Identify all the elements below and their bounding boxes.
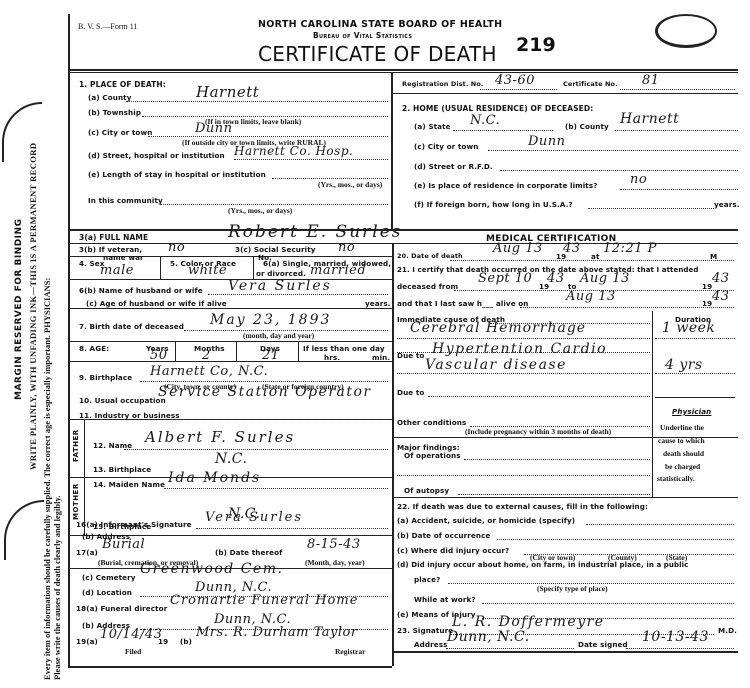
res-state-line [453, 130, 553, 131]
funeral-director-value: Cromartie Funeral Home [170, 593, 358, 608]
death-city-line [148, 136, 388, 137]
due-to-duration: 4 yrs [665, 357, 703, 373]
age-min-label: min. [372, 353, 390, 362]
informant-sig-label: 16(a) Informant's Signature [76, 520, 192, 529]
attended-from-label: deceased from [397, 282, 458, 291]
age-days-value: 21 [262, 348, 280, 363]
page-title: CERTIFICATE OF DEATH [258, 42, 497, 66]
other-conditions-note: (Include pregnancy within 3 months of de… [465, 427, 611, 436]
form-id: B. V. S.—Form 11 [78, 22, 137, 31]
spouse-age-unit: years. [365, 299, 391, 308]
date-death-year: 43 [563, 241, 581, 256]
ssn-label-1: 3(c) Social Security [235, 245, 316, 254]
death-community-note: (Yrs., mos., or days) [228, 206, 292, 215]
physician-note-4: be charged [665, 462, 700, 471]
birthplace-label: 9. Birthplace [79, 373, 132, 382]
due-to-label: Due to [397, 351, 424, 360]
death-stay-label: (e) Length of stay in hospital or instit… [88, 170, 266, 179]
place-label-1: (d) Did injury occur about home, on farm… [397, 561, 688, 569]
res-street-label: (d) Street or R.F.D. [414, 162, 493, 171]
external-heading: 22. If death was due to external causes,… [397, 502, 648, 511]
mother-side-label: MOTHER [72, 483, 80, 520]
md-label: M.D. [718, 626, 737, 635]
spouse-label: 6(b) Name of husband or wife [79, 286, 203, 295]
physician-col-divider [652, 397, 653, 497]
reg-dist-value: 43-60 [495, 73, 535, 88]
res-corporate-line [620, 189, 738, 190]
res-foreign-label: (f) If foreign born, how long in U.S.A.? [414, 200, 573, 209]
mother-maiden-value: Ida Monds [168, 470, 261, 486]
death-county-value: Harnett [196, 83, 259, 101]
age-label: 8. AGE: [79, 344, 109, 353]
attended-to-value: Aug 13 [580, 271, 630, 286]
autopsy-bottom [392, 497, 738, 498]
death-township-label: (b) Township [88, 108, 141, 117]
spouse-bottom [68, 308, 392, 309]
due-to-value-1: Hypertention Cardio [432, 341, 607, 357]
spouse-value: Vera Surles [228, 278, 332, 294]
work-line [482, 603, 734, 604]
punch-hole-bottom [4, 500, 44, 560]
death-community-label: In this community [88, 196, 163, 205]
place-of-death-heading: 1. PLACE OF DEATH: [79, 80, 166, 89]
death-stay-line [272, 178, 388, 179]
cert-no-label: Certificate No. [563, 80, 618, 88]
death-street-line [234, 159, 388, 160]
res-county-label: (b) County [565, 122, 609, 131]
res-county-line [615, 130, 738, 131]
column-divider [391, 72, 393, 230]
registrar-label: (b) [180, 637, 192, 646]
death-street-label: (d) Street, hospital or institution [88, 151, 225, 160]
column-divider-lower [392, 243, 394, 666]
reg-dist-line [480, 89, 557, 90]
attended-from-year: 43 [547, 271, 565, 286]
physician-note-5: statistically. [657, 474, 695, 483]
age-bottom [68, 361, 392, 362]
res-city-value: Dunn [528, 134, 566, 149]
death-community-line [160, 204, 388, 205]
father-name-line [124, 449, 388, 450]
accident-line [586, 524, 734, 525]
duration-line-3 [655, 397, 735, 398]
occurrence-line [497, 539, 734, 540]
last-seen-value: Aug 13 [566, 289, 616, 304]
birth-date-label: 7. Birth date of deceased [79, 322, 184, 331]
margin-binding-note: MARGIN RESERVED FOR BINDING [14, 219, 24, 400]
industry-line [176, 419, 388, 420]
age-months-value: 2 [202, 348, 211, 363]
sig-address-line [446, 648, 574, 649]
header-rule [68, 69, 738, 71]
res-corporate-label: (e) Is place of residence in corporate l… [414, 181, 597, 190]
filed-note: Filed [125, 647, 141, 656]
last-seen-label: and that I last saw h___ alive on [397, 299, 529, 308]
industry-label: 11. Industry or business [79, 411, 180, 420]
form-bottom-left [68, 666, 392, 668]
birth-date-note: (month, day and year) [243, 331, 314, 340]
full-name-value: Robert E. Surles [228, 222, 403, 242]
cemetery-value: Greenwood Cem. [140, 561, 283, 577]
registrar-value: Mrs. R. Durham Taylor [196, 625, 358, 640]
occupation-label: 10. Usual occupation [79, 396, 166, 405]
res-street-line [500, 170, 738, 171]
seal-smudge [655, 14, 717, 48]
res-state-value: N.C. [470, 113, 500, 128]
father-side-label: FATHER [72, 429, 80, 462]
header-rule-2 [68, 72, 738, 73]
last-seen-year-prefix: 19 [702, 299, 712, 308]
accident-label: (a) Accident, suicide, or homicide (spec… [397, 516, 575, 525]
immediate-cause-value: Cerebral Hemorrhage [410, 320, 586, 336]
autopsy-label: Of autopsy [404, 486, 449, 495]
cert-no-value: 81 [642, 73, 660, 88]
disposition-label: 17(a) [76, 548, 98, 557]
work-label: While at work? [414, 595, 476, 604]
place-note: (Specify type of place) [537, 584, 608, 593]
filed-label: 19(a) [76, 637, 98, 646]
margin-ink-note: WRITE PLAINLY, WITH UNFADING INK—THIS IS… [28, 143, 38, 470]
signature-label: 23. Signature [397, 626, 453, 635]
res-corporate-value: no [630, 172, 647, 187]
time-suffix: M [710, 252, 717, 261]
res-foreign-unit: years. [714, 200, 740, 209]
father-name-value: Albert F. Surles [145, 428, 295, 446]
physician-note-1: Underline the [660, 423, 704, 432]
race-divider [253, 256, 254, 279]
res-foreign-line [588, 208, 714, 209]
attended-from-value: Sept 10 [478, 271, 532, 286]
marital-label-2: or divorced. [256, 269, 306, 278]
other-conditions-label: Other conditions [397, 418, 466, 427]
date-signed-label: Date signed [578, 640, 628, 649]
physician-note-2: cause to which [658, 436, 705, 445]
filed-value: 10/14/43 [100, 627, 162, 642]
res-city-label: (c) City or town [414, 142, 478, 151]
physician-note-3: death should [663, 449, 704, 458]
cemetery-label: (c) Cemetery [82, 573, 136, 582]
age-div-2 [236, 341, 237, 361]
margin-causes-note: Please write the causes of death clearly… [52, 496, 62, 680]
full-name-label: 3(a) FULL NAME [79, 233, 148, 242]
physician-heading: Physician [672, 407, 711, 416]
burial-date-note: (Month, day, year) [305, 558, 365, 567]
reg-rule [392, 93, 738, 94]
res-state-label: (a) State [414, 122, 451, 131]
funeral-director-label: 18(a) Funeral director [76, 604, 167, 613]
time-value: 12:21 P [603, 241, 657, 256]
race-value: white [188, 263, 227, 278]
ssn-value: no [338, 240, 355, 255]
res-city-line [488, 150, 738, 151]
attended-to-year-prefix: 19 [702, 282, 712, 291]
filed-year-label: 19 [158, 637, 168, 646]
age-years-value: 50 [150, 348, 168, 363]
location-label: (d) Location [82, 588, 132, 597]
bureau-name: Bureau of Vital Statistics [313, 31, 412, 40]
signature-value: L. R. Doffermeyre [452, 614, 605, 630]
father-birthplace-label: 13. Birthplace [93, 465, 151, 474]
veteran-label-2: name war [103, 253, 144, 262]
due-to-value-2: Vascular disease [425, 357, 567, 373]
res-county-value: Harnett [620, 111, 679, 127]
sex-divider [160, 256, 161, 279]
age-hrs-label: hrs. [324, 353, 340, 362]
date-signed-line [626, 648, 734, 649]
findings-label-2: Of operations [404, 451, 461, 460]
burial-date-label: (b) Date thereof [215, 548, 282, 557]
form-bottom-right [392, 651, 738, 653]
immediate-duration: 1 week [662, 320, 715, 336]
death-city-label: (c) City or town [88, 128, 152, 137]
sig-address-label: Address [414, 640, 448, 649]
death-county-label: (a) County [88, 93, 132, 102]
death-county-line [126, 101, 388, 102]
section1-bottom [68, 229, 738, 231]
punch-hole-top [2, 102, 42, 162]
findings-line-2 [397, 475, 650, 476]
immediate-cause-line-2 [397, 338, 650, 339]
birth-date-value: May 23, 1893 [210, 312, 331, 328]
birthplace-value: Harnett Co, N.C. [150, 364, 268, 379]
reg-dist-label: Registration Dist. No. [402, 80, 483, 88]
duration-line-2 [655, 373, 735, 374]
date-death-value: Aug 13 [493, 241, 543, 256]
at-label: at [591, 252, 600, 261]
margin-information-note: Every item of information should be care… [42, 278, 52, 680]
due-to-2-line [428, 396, 650, 397]
where-label: (c) Where did injury occur? [397, 546, 509, 555]
spouse-age-label: (c) Age of husband or wife if alive [86, 299, 227, 308]
death-street-value: Harnett Co. Hosp. [234, 144, 353, 158]
due-to-2-label: Due to [397, 388, 424, 397]
registrar-note: Registrar [335, 647, 365, 656]
residence-heading: 2. HOME (USUAL RESIDENCE) OF DECEASED: [402, 104, 593, 113]
father-birthplace-value: N.C. [215, 451, 247, 467]
stamp-number: 219 [516, 34, 556, 56]
death-stay-note: (Yrs., mos., or days) [318, 180, 382, 189]
spouse-line [208, 294, 388, 295]
mother-maiden-line [164, 488, 388, 489]
marital-value: married [310, 263, 366, 278]
veteran-value: no [168, 240, 185, 255]
duration-line-1 [655, 338, 735, 339]
cert-no-line [620, 89, 735, 90]
findings-line [464, 459, 650, 460]
mother-maiden-label: 14. Maiden Name [93, 480, 165, 489]
date-death-label: 20. Date of death [397, 252, 463, 260]
occurrence-label: (b) Date of occurrence [397, 531, 490, 540]
sig-address-value: Dunn, N.C. [447, 629, 530, 645]
birthdate-bottom [68, 341, 392, 342]
place-label-2: place? [414, 575, 440, 584]
age-less-label: If less than one day [303, 344, 385, 353]
sex-value: male [100, 263, 134, 278]
attended-to-year: 43 [712, 271, 730, 286]
death-city-value: Dunn [195, 121, 233, 136]
due-to-line [397, 373, 650, 374]
date-signed-value: 10-13-43 [642, 629, 709, 645]
autopsy-line [458, 494, 650, 495]
burial-date-value: 8-15-43 [307, 537, 361, 552]
informant-sig-value: Vera Surles [205, 510, 303, 525]
age-div-1 [175, 341, 176, 361]
informant-sig-line [196, 528, 388, 529]
occupation-value: Service Station Operator [158, 384, 372, 400]
age-div-3 [298, 341, 299, 361]
disposition-value: Burial [102, 537, 145, 552]
agency-name: NORTH CAROLINA STATE BOARD OF HEALTH [258, 19, 502, 30]
last-seen-year: 43 [712, 289, 730, 304]
